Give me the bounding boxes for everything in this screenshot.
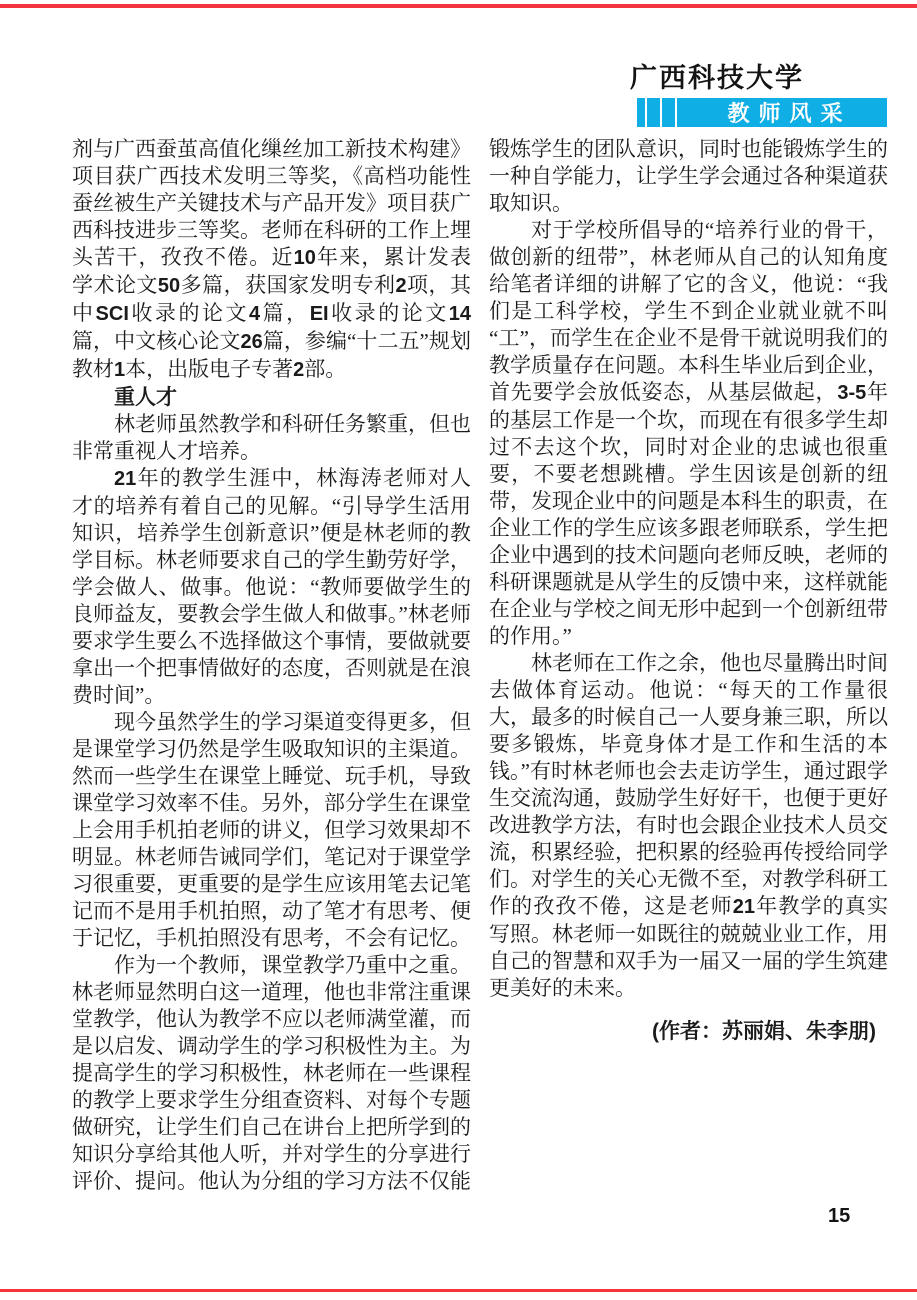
university-title: 广西科技大学 — [630, 56, 804, 95]
body-paragraph: 对于学校所倡导的“培养行业的骨干，做创新的纽带”，林老师从自己的认知角度给笔者详… — [489, 217, 888, 650]
article-left-column: 剂与广西蚕茧高值化缫丝加工新技术构建》项目获广西技术发明三等奖，《高档功能性蚕丝… — [72, 136, 471, 1195]
body-paragraph: 林老师在工作之余，他也尽量腾出时间去做体育运动。他说：“每天的工作量很大，最多的… — [489, 650, 888, 1002]
top-red-rule — [0, 4, 917, 8]
article-right-column: 锻炼学生的团队意识，同时也能锻炼学生的一种自学能力，让学生学会通过各种渠道获取知… — [489, 136, 888, 1045]
body-paragraph: 锻炼学生的团队意识，同时也能锻炼学生的一种自学能力，让学生学会通过各种渠道获取知… — [489, 136, 888, 217]
page-number: 15 — [828, 1205, 850, 1228]
body-paragraph: 剂与广西蚕茧高值化缫丝加工新技术构建》项目获广西技术发明三等奖，《高档功能性蚕丝… — [72, 136, 471, 384]
banner-label: 教师风采 — [683, 98, 887, 127]
banner-stripe — [675, 98, 677, 127]
teacher-profile-banner: 教师风采 — [637, 98, 887, 127]
bottom-red-rule — [0, 1289, 917, 1292]
body-paragraph: 21年的教学生涯中，林海涛老师对人才的培养有着自己的见解。“引导学生活用知识，培… — [72, 465, 471, 709]
body-paragraph: 作为一个教师，课堂教学乃重中之重。林老师显然明白这一道理，他也非常注重课堂教学，… — [72, 952, 471, 1195]
banner-stripe — [660, 98, 662, 127]
banner-stripe — [645, 98, 647, 127]
section-heading: 重人才 — [72, 384, 471, 411]
magazine-page: { "page": { "number": "15", "accent_red"… — [0, 0, 917, 1300]
body-paragraph: 林老师虽然教学和科研任务繁重，但也非常重视人才培养。 — [72, 411, 471, 465]
body-paragraph: 现今虽然学生的学习渠道变得更多，但是课堂学习仍然是学生吸取知识的主渠道。然而一些… — [72, 709, 471, 952]
byline: (作者：苏丽娟、朱李朋) — [489, 1018, 888, 1045]
